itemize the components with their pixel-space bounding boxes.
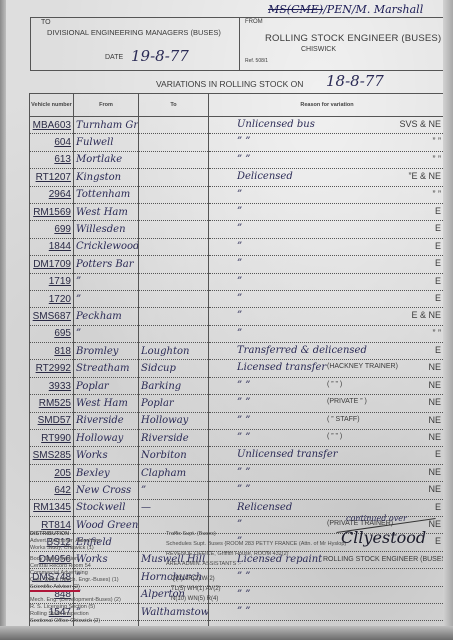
to-garage: [139, 273, 209, 290]
table-row: 699Willesden”E: [30, 221, 446, 238]
division-code: NE: [428, 467, 441, 477]
division-code: E: [435, 293, 441, 303]
reason-note: ( ” ” ): [327, 381, 342, 388]
reason-text: ”: [237, 293, 242, 304]
column-header-vehicle: Vehicle number: [30, 94, 74, 117]
distribution-list: DISTRIBUTION Advert. Controller, Aldenha…: [30, 531, 121, 625]
to-garage: Holloway: [139, 412, 209, 429]
reason-cell: ”E & NE: [209, 308, 446, 325]
table-row: RM1569West Ham”E: [30, 203, 446, 220]
from-garage: Fulwell: [74, 134, 139, 151]
vehicle-number: RM1345: [30, 499, 74, 516]
distribution-item: Scientific Adviser (2): [30, 584, 80, 593]
from-garage: Mortlake: [74, 151, 139, 168]
reference-number: Ref. 508/1: [245, 58, 268, 64]
table-row: 1720””E: [30, 290, 446, 307]
division-code: E: [435, 449, 441, 459]
from-garage: Riverside: [74, 412, 139, 429]
reason-cell: ”E: [209, 256, 446, 273]
continued-note: continued over: [346, 514, 407, 523]
reason-cell: ” ”” ”: [209, 151, 446, 168]
table-row: 1719””E: [30, 273, 446, 290]
division-code: E: [435, 241, 441, 251]
reason-cell: ” ”( ” STAFF)NE: [209, 412, 446, 429]
from-garage: ”: [74, 325, 139, 342]
reason-cell: ” ”(PRIVATE ” )NE: [209, 395, 446, 412]
reason-cell: ”E: [209, 238, 446, 255]
reason-text: Relicensed: [237, 502, 292, 513]
from-garage: Stockwell: [74, 499, 139, 516]
distribution-item: Body Spec. Section,: [30, 556, 121, 563]
table-row: SMD57RiversideHolloway” ”( ” STAFF)NE: [30, 412, 446, 429]
memo-header: TO DIVISIONAL ENGINEERING MANAGERS (BUSE…: [30, 17, 448, 71]
table-row: MBA603Turnham GreenUnlicensed busSVS & N…: [30, 117, 446, 134]
table-row: RT1207KingstonDelicensed”E & NE: [30, 169, 446, 186]
reason-cell: ” ”( ” ” )NE: [209, 377, 446, 394]
reason-text: ” ”: [237, 136, 250, 147]
reason-text: ”: [237, 519, 242, 530]
reason-text: ” ”: [237, 154, 250, 165]
reason-text: ”: [237, 241, 242, 252]
reason-cell: ”E: [209, 221, 446, 238]
to-garage: Norbiton: [139, 447, 209, 464]
division-code: NE: [428, 519, 441, 529]
memo-date: 19-8-77: [131, 47, 189, 65]
division-code: E: [435, 206, 441, 216]
reason-cell: Licensed transfer(HACKNEY TRAINER)NE: [209, 360, 446, 377]
from-garage: Kingston: [74, 169, 139, 186]
table-row: 3933PoplarBarking” ”( ” ” )NE: [30, 377, 446, 394]
reason-text: ”: [237, 223, 242, 234]
vehicle-number: SMS285: [30, 447, 74, 464]
reason-cell: ”” ”: [209, 325, 446, 342]
area-admin-codes: Q(9) AR(2) W(2)TL(5) WH(1) AV(2)N(10) WN…: [171, 560, 221, 604]
to-garage: [139, 186, 209, 203]
to-garage: [139, 256, 209, 273]
division-code: ” ”: [433, 154, 442, 164]
area-code-line: Q(9) AR(2) W(2): [171, 574, 221, 584]
reason-cell: ” ”( ” ” )NE: [209, 430, 446, 447]
reason-note: (HACKNEY TRAINER): [327, 363, 398, 370]
to-garage: [139, 325, 209, 342]
handwritten-annotation: MS(CME)/PEN/M. Marshall: [268, 3, 423, 16]
reason-note: ( ” ” ): [327, 433, 342, 440]
recipient: DIVISIONAL ENGINEERING MANAGERS (BUSES): [47, 28, 221, 37]
table-row: DM1709Potters Bar”E: [30, 256, 446, 273]
table-row: RM525West HamPoplar” ”(PRIVATE ” )NE: [30, 395, 446, 412]
variation-date: 18-8-77: [326, 72, 384, 90]
division-code: E: [435, 345, 441, 355]
column-header-reason: Reason for variation: [209, 94, 446, 117]
reason-text: ” ”: [237, 571, 250, 582]
distribution-item: Cost. Office (Mech. Engr.-Buses) (1): [30, 577, 121, 584]
reason-cell: Unlicensed transferE: [209, 447, 446, 464]
reason-text: ” ”: [237, 467, 250, 478]
vehicle-number: SMS687: [30, 308, 74, 325]
scan-edge-right: [443, 0, 453, 640]
table-row: 613Mortlake” ”” ”: [30, 151, 446, 168]
from-label: FROM: [245, 19, 263, 25]
division-code: NE: [428, 415, 441, 425]
reason-text: ” ”: [237, 432, 250, 443]
table-header-row: Vehicle number From To Reason for variat…: [30, 94, 446, 117]
reason-text: ” ”: [237, 380, 250, 391]
vehicle-number: RM1569: [30, 203, 74, 220]
to-garage: [139, 221, 209, 238]
distribution-item: Sectional Office-Chiswick (2): [30, 618, 121, 625]
reason-text: Transferred & delicensed: [237, 345, 367, 356]
to-garage: —: [139, 499, 209, 516]
document-title: VARIATIONS IN ROLLING STOCK ON: [156, 79, 303, 89]
from-garage: Holloway: [74, 430, 139, 447]
from-garage: Bromley: [74, 343, 139, 360]
to-garage: Clapham: [139, 464, 209, 481]
reason-text: ” ”: [237, 484, 250, 495]
distribution-item: R. S. Licensing Section (5): [30, 604, 121, 611]
reason-cell: ” ”” ”: [209, 134, 446, 151]
division-code: NE: [428, 362, 441, 372]
division-code: ” ”: [433, 328, 442, 338]
division-code: NE: [428, 397, 441, 407]
to-garage: [139, 117, 209, 134]
vehicle-number: 695: [30, 325, 74, 342]
to-garage: Sidcup: [139, 360, 209, 377]
to-garage: [139, 151, 209, 168]
reason-cell: ” ”: [209, 586, 446, 603]
to-garage: [139, 134, 209, 151]
vehicle-number: RM525: [30, 395, 74, 412]
division-code: ”E & NE: [408, 171, 441, 181]
from-garage: West Ham: [74, 395, 139, 412]
division-code: E: [435, 223, 441, 233]
sender-location: CHISWICK: [301, 46, 336, 53]
table-row: RT2992StreathamSidcupLicensed transfer(H…: [30, 360, 446, 377]
table-row: 2964Tottenham”” ”: [30, 186, 446, 203]
table-row: 1844Cricklewood”E: [30, 238, 446, 255]
reason-text: ” ”: [237, 397, 250, 408]
reason-text: ”: [237, 276, 242, 287]
from-garage: Cricklewood: [74, 238, 139, 255]
vehicle-number: DM1709: [30, 256, 74, 273]
reason-cell: ” ”NE: [209, 464, 446, 481]
reason-cell: ”E: [209, 290, 446, 307]
to-garage: Barking: [139, 377, 209, 394]
distribution-heading: DISTRIBUTION: [30, 531, 121, 538]
table-row: 695””” ”: [30, 325, 446, 342]
table-row: 818BromleyLoughtonTransferred & delicens…: [30, 343, 446, 360]
column-header-to: To: [139, 94, 209, 117]
reason-text: ”: [237, 258, 242, 269]
from-garage: Peckham: [74, 308, 139, 325]
division-code: ” ”: [433, 189, 442, 199]
division-code: NE: [428, 484, 441, 494]
reason-text: ” ”: [237, 589, 250, 600]
to-garage: Riverside: [139, 430, 209, 447]
header-to-section: TO DIVISIONAL ENGINEERING MANAGERS (BUSE…: [31, 18, 240, 70]
to-garage: Poplar: [139, 395, 209, 412]
reason-note: (PRIVATE ” ): [327, 398, 367, 405]
column-header-from: From: [74, 94, 139, 117]
reason-text: Delicensed: [237, 171, 293, 182]
reason-cell: ” ”NE: [209, 482, 446, 499]
distribution-item: Advert. Controller, Aldenham: [30, 538, 121, 545]
reason-text: ”: [237, 310, 242, 321]
vehicle-number: RT2992: [30, 360, 74, 377]
distribution-item: REVENUE OFFICE, Griffith House, ROOM 432…: [166, 551, 346, 558]
from-garage: Turnham Green: [74, 117, 139, 134]
reason-cell: ” ”: [209, 569, 446, 586]
vehicle-number: 699: [30, 221, 74, 238]
reason-cell: ”E: [209, 273, 446, 290]
scan-edge-bottom: [0, 626, 453, 640]
to-label: TO: [41, 19, 51, 26]
division-code: E: [435, 258, 441, 268]
division-code: E: [435, 276, 441, 286]
to-garage: [139, 308, 209, 325]
vehicle-number: RT990: [30, 430, 74, 447]
vehicle-number: RT1207: [30, 169, 74, 186]
area-code-line: N(10) WN(5) R(4): [171, 594, 221, 604]
vehicle-number: SMD57: [30, 412, 74, 429]
table-row: SMS687Peckham”E & NE: [30, 308, 446, 325]
distribution-item: Mech. Eng. (Development-Buses) (2): [30, 597, 121, 604]
from-garage: Willesden: [74, 221, 139, 238]
vehicle-number: 818: [30, 343, 74, 360]
vehicle-number: 205: [30, 464, 74, 481]
reason-text: Unlicensed transfer: [237, 449, 338, 460]
header-from-section: FROM ROLLING STOCK ENGINEER (BUSES) CHIS…: [241, 18, 447, 70]
table-row: RT990HollowayRiverside” ”( ” ” )NE: [30, 430, 446, 447]
vehicle-number: 1719: [30, 273, 74, 290]
table-row: 642New Cross”” ”NE: [30, 482, 446, 499]
distribution-item: Central Record Room 54: [30, 563, 121, 570]
table-row: 205BexleyClapham” ”NE: [30, 464, 446, 481]
division-code: NE: [428, 380, 441, 390]
reason-cell: Transferred & delicensedE: [209, 343, 446, 360]
vehicle-number: 642: [30, 482, 74, 499]
distribution-item: Traffic Supt. (Buses): [166, 531, 346, 538]
reason-cell: ”” ”: [209, 186, 446, 203]
from-garage: New Cross: [74, 482, 139, 499]
vehicle-number: 604: [30, 134, 74, 151]
division-code: ” ”: [433, 136, 442, 146]
area-code-line: TL(5) WH(1) AV(2): [171, 584, 221, 594]
division-code: E & NE: [411, 310, 441, 320]
table-row: SMS285WorksNorbitonUnlicensed transferE: [30, 447, 446, 464]
to-garage: [139, 203, 209, 220]
from-garage: West Ham: [74, 203, 139, 220]
distribution-item: Schedules Supt. Buses {ROOM 283 PETTY FR…: [166, 541, 346, 548]
vehicle-number: MBA603: [30, 117, 74, 134]
table-row: 604Fulwell” ”” ”: [30, 134, 446, 151]
reason-text: ”: [237, 328, 242, 339]
vehicle-number: 1720: [30, 290, 74, 307]
to-garage: [139, 169, 209, 186]
reason-text: ” ”: [237, 606, 250, 617]
to-garage: Walthamstow: [139, 603, 209, 620]
distribution-item: Commercial Advertising: [30, 570, 121, 577]
signature-title: ROLLING STOCK ENGINEER (BUSES): [323, 556, 449, 563]
reason-text: ”: [237, 189, 242, 200]
reason-text: Unlicensed bus: [237, 119, 315, 130]
distribution-item: Rolling Stock Inspection: [30, 611, 121, 618]
from-garage: ”: [74, 290, 139, 307]
to-garage: ”: [139, 482, 209, 499]
division-code: SVS & NE: [399, 119, 441, 129]
vehicle-number: 613: [30, 151, 74, 168]
reason-cell: RelicensedE: [209, 499, 446, 516]
reason-cell: ”E: [209, 203, 446, 220]
division-code: NE: [428, 432, 441, 442]
sender: ROLLING STOCK ENGINEER (BUSES): [265, 33, 441, 44]
from-garage: Bexley: [74, 464, 139, 481]
vehicle-number: 3933: [30, 377, 74, 394]
from-garage: ”: [74, 273, 139, 290]
from-garage: Streatham: [74, 360, 139, 377]
date-label: DATE: [105, 54, 123, 61]
reason-text: Licensed transfer: [237, 362, 326, 373]
to-garage: [139, 290, 209, 307]
to-garage: [139, 238, 209, 255]
division-code: E: [435, 536, 441, 546]
from-garage: Works: [74, 447, 139, 464]
annotation-text: /PEN/M. Marshall: [323, 3, 423, 16]
to-garage: Loughton: [139, 343, 209, 360]
vehicle-number: 1844: [30, 238, 74, 255]
reason-text: ”: [237, 206, 242, 217]
from-garage: Poplar: [74, 377, 139, 394]
struck-text: MS(CME): [268, 3, 323, 16]
reason-cell: ” ”: [209, 603, 446, 620]
reason-text: ” ”: [237, 415, 250, 426]
document-page: MS(CME)/PEN/M. Marshall TO DIVISIONAL EN…: [6, 0, 453, 640]
signature: Cllyestood: [341, 528, 426, 547]
from-garage: Potters Bar: [74, 256, 139, 273]
division-code: E: [435, 502, 441, 512]
reason-cell: Delicensed”E & NE: [209, 169, 446, 186]
reason-cell: Unlicensed busSVS & NE: [209, 117, 446, 134]
vehicle-number: 2964: [30, 186, 74, 203]
reason-note: ( ” STAFF): [327, 416, 360, 423]
distribution-item: Works Study, Chiswick (1): [30, 545, 121, 552]
from-garage: Tottenham: [74, 186, 139, 203]
